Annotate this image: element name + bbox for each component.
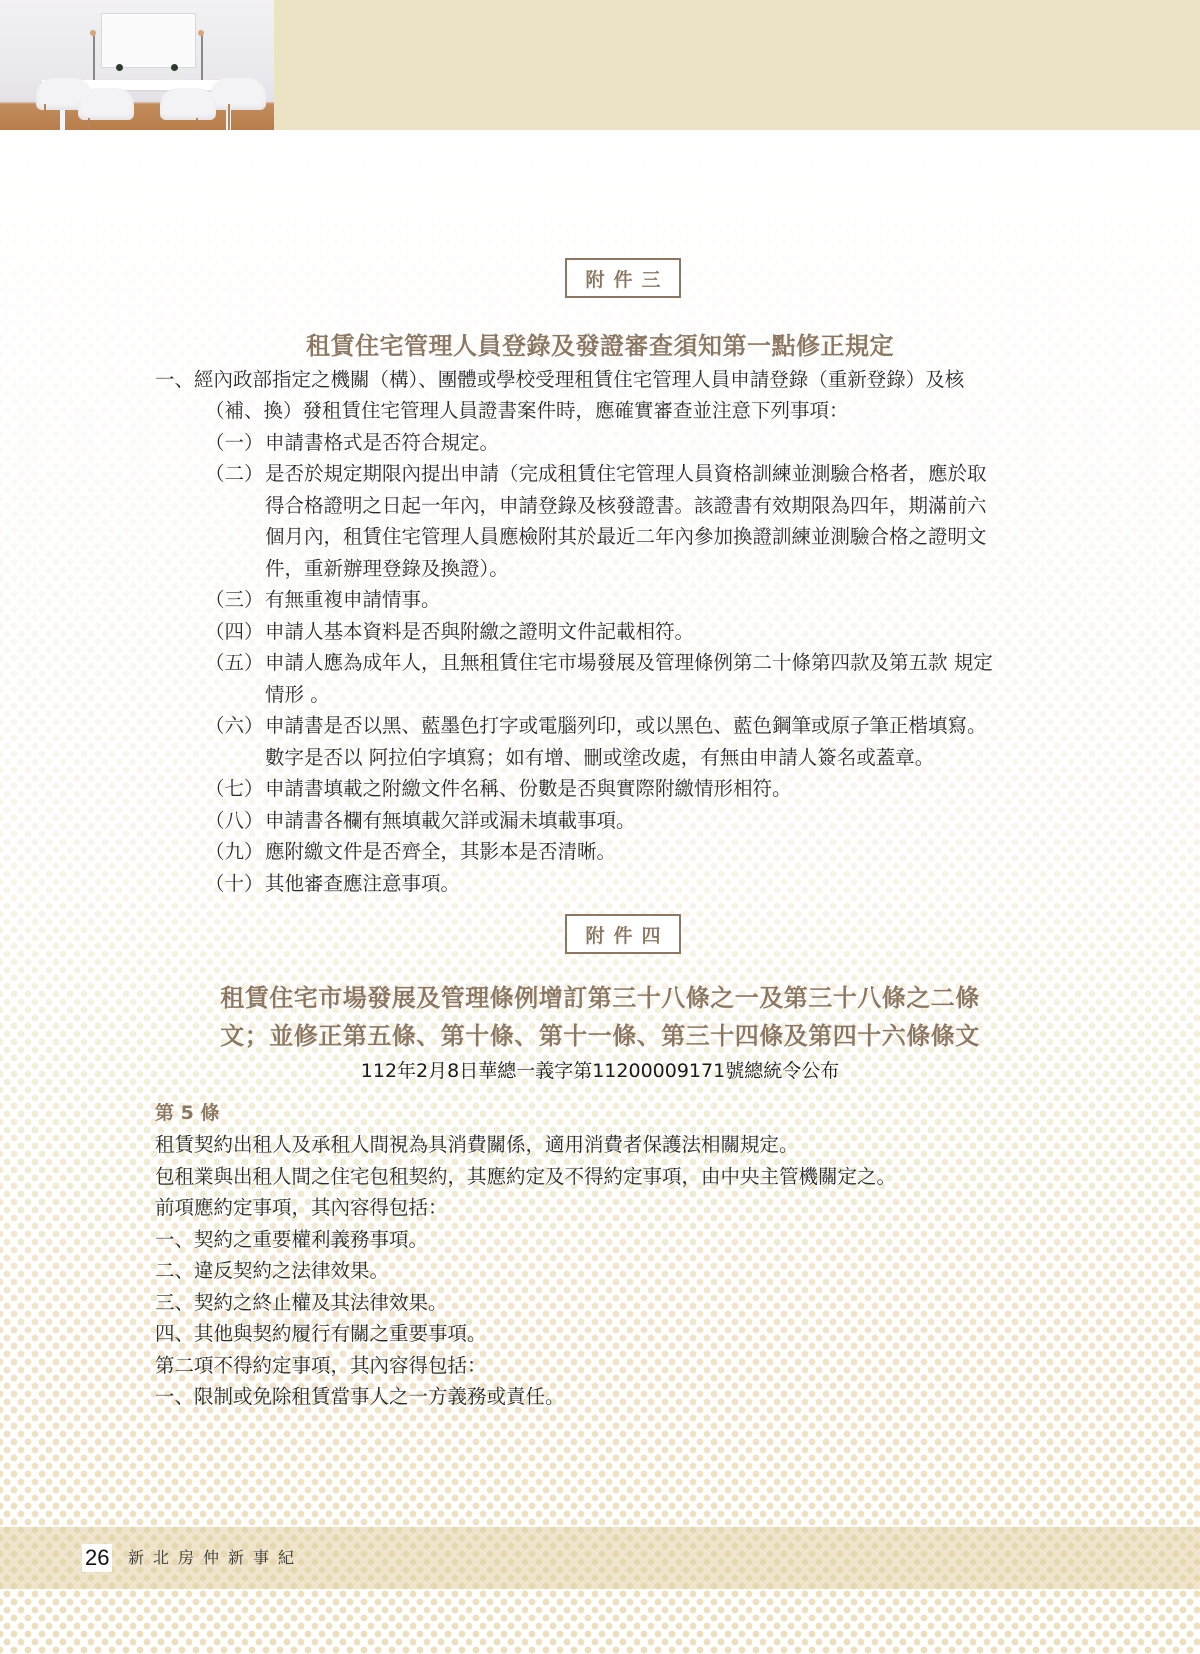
item-text: 申請書格式是否符合規定。 <box>265 431 499 455</box>
item-marker: （八） <box>205 809 264 833</box>
article-heading: 第 5 條 <box>155 1098 219 1125</box>
annex-4-title-line-2: 文；並修正第五條、第十條、第十一條、第三十四條及第四十六條條文 <box>0 1016 1200 1051</box>
item-text: 申請人應為成年人，且無租賃住宅市場發展及管理條例第二十條第四款及第五款 規定 <box>265 651 993 675</box>
item-marker: （一） <box>205 431 264 455</box>
article-paragraph: 一、契約之重要權利義務事項。 <box>155 1228 428 1252</box>
annex-4-title-line-1: 租賃住宅市場發展及管理條例增訂第三十八條之一及第三十八條之二條 <box>0 978 1200 1013</box>
article-paragraph: 二、違反契約之法律效果。 <box>155 1259 389 1283</box>
intro-line: 一、經內政部指定之機關（構）、團體或學校受理租賃住宅管理人員申請登錄（重新登錄）… <box>155 368 964 392</box>
item-text: 數字是否以 阿拉伯字填寫；如有增、刪或塗改處，有無由申請人簽名或蓋章。 <box>265 746 934 770</box>
annex-4-label-text: 附件四 <box>585 921 669 948</box>
item-marker: （六） <box>205 714 264 738</box>
annex-3-label: 附件三 <box>565 258 681 298</box>
article-paragraph: 前項應約定事項，其內容得包括： <box>155 1196 448 1220</box>
magazine-name: 新北房仲新事紀 <box>128 1547 303 1569</box>
item-text: 件，重新辦理登錄及換證）。 <box>265 557 509 581</box>
item-text: 應附繳文件是否齊全，其影本是否清晰。 <box>265 840 616 864</box>
article-paragraph: 租賃契約出租人及承租人間視為具消費關係，適用消費者保護法相關規定。 <box>155 1133 799 1157</box>
item-marker: （四） <box>205 620 264 644</box>
promulgation-note: 112年2月8日華總一義字第11200009171號總統令公布 <box>0 1056 1200 1083</box>
page-content: 附件三 租賃住宅管理人員登錄及發證審查須知第一點修正規定 一、經內政部指定之機關… <box>0 0 1200 1654</box>
item-text: 情形 。 <box>265 683 330 707</box>
article-paragraph: 包租業與出租人間之住宅包租契約，其應約定及不得約定事項，由中央主管機關定之。 <box>155 1165 896 1189</box>
item-marker: （二） <box>205 462 264 486</box>
item-marker: （七） <box>205 777 264 801</box>
item-text: 申請人基本資料是否與附繳之證明文件記載相符。 <box>265 620 694 644</box>
item-text: 申請書填載之附繳文件名稱、份數是否與實際附繳情形相符。 <box>265 777 792 801</box>
item-text: 申請書是否以黑、藍墨色打字或電腦列印，或以黑色、藍色鋼筆或原子筆正楷填寫。 <box>265 714 987 738</box>
annex-3-label-text: 附件三 <box>585 265 669 292</box>
annex-3-title: 租賃住宅管理人員登錄及發證審查須知第一點修正規定 <box>0 326 1200 361</box>
article-paragraph: 第二項不得約定事項，其內容得包括： <box>155 1354 487 1378</box>
item-marker: （九） <box>205 840 264 864</box>
item-text: 是否於規定期限內提出申請（完成租賃住宅管理人員資格訓練並測驗合格者，應於取 <box>265 462 987 486</box>
item-text: 申請書各欄有無填載欠詳或漏未填載事項。 <box>265 809 636 833</box>
intro-line: （補、換）發租賃住宅管理人員證書案件時，應確實審查並注意下列事項： <box>205 399 849 423</box>
article-paragraph: 四、其他與契約履行有關之重要事項。 <box>155 1322 487 1346</box>
item-text: 得合格證明之日起一年內，申請登錄及核發證書。該證書有效期限為四年，期滿前六 <box>265 494 987 518</box>
page-number: 26 <box>82 1544 112 1572</box>
item-text: 個月內，租賃住宅管理人員應檢附其於最近二年內參加換證訓練並測驗合格之證明文 <box>265 525 987 549</box>
item-text: 有無重複申請情事。 <box>265 588 441 612</box>
item-marker: （三） <box>205 588 264 612</box>
item-marker: （五） <box>205 651 264 675</box>
item-text: 其他審查應注意事項。 <box>265 872 460 896</box>
item-marker: （十） <box>205 872 264 896</box>
article-paragraph: 三、契約之終止權及其法律效果。 <box>155 1291 448 1315</box>
article-paragraph: 一、限制或免除租賃當事人之一方義務或責任。 <box>155 1385 565 1409</box>
annex-4-label: 附件四 <box>565 914 681 954</box>
